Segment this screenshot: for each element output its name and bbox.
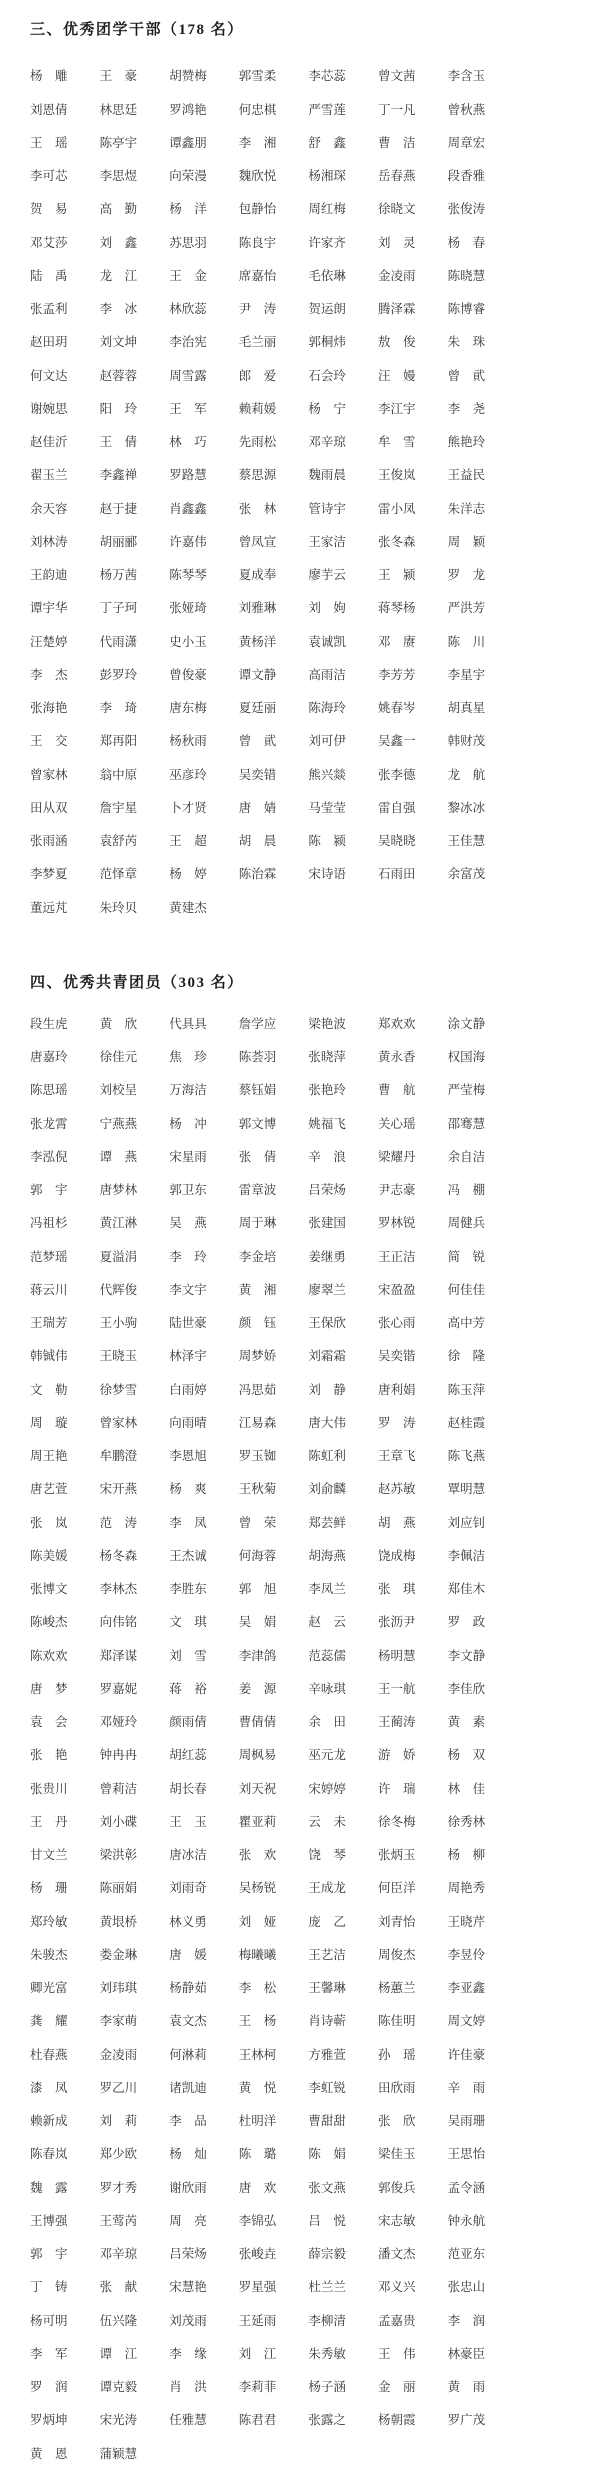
person-name: 黄江淋 [100, 1217, 170, 1230]
name-row: 卿光富刘玮琪杨静茹李 松王馨琳杨蕙兰李亚鑫 [30, 1972, 572, 2005]
person-name: 陈晓慧 [448, 270, 518, 283]
person-name: 刘 姁 [308, 602, 378, 615]
person-name: 郑泽谋 [100, 1650, 170, 1663]
person-name: 翟玉兰 [30, 469, 100, 482]
name-row: 张雨涵袁舒芮王 超胡 晨陈 颍吴晓晓王佳慧 [30, 825, 572, 858]
name-row: 张 岚范 涛李 凤曾 荣郑芸鲜胡 燕刘应钊 [30, 1506, 572, 1539]
person-name: 郭俊兵 [378, 2182, 448, 2195]
name-row: 张海艳李 琦唐东梅夏廷丽陈海玲姚春岑胡真星 [30, 692, 572, 725]
person-name: 牟鹏澄 [100, 1450, 170, 1463]
person-name: 毛依琳 [308, 270, 378, 283]
person-name: 张 献 [100, 2281, 170, 2294]
person-name: 杨秋雨 [169, 735, 239, 748]
person-name: 梅曦曦 [239, 1949, 309, 1962]
person-name: 韩财茂 [448, 735, 518, 748]
person-name: 丁 铸 [30, 2281, 100, 2294]
person-name: 李思煜 [100, 170, 170, 183]
person-name: 唐 媛 [169, 1949, 239, 1962]
person-name: 许嘉伟 [169, 536, 239, 549]
person-name: 杨 春 [448, 237, 518, 250]
person-name: 何海蓉 [239, 1550, 309, 1563]
person-name: 徐秀林 [448, 1816, 518, 1829]
person-name: 白雨婷 [169, 1384, 239, 1397]
person-name: 罗乙川 [100, 2082, 170, 2095]
person-name: 吴杨锐 [239, 1882, 309, 1895]
name-row: 甘文兰梁洪彰唐冰洁张 欢饶 琴张炳玉杨 柳 [30, 1839, 572, 1872]
person-name: 巫元龙 [308, 1749, 378, 1762]
person-name: 胡丽郦 [100, 536, 170, 549]
person-name: 林豪臣 [448, 2348, 518, 2361]
person-name: 范亚东 [448, 2248, 518, 2261]
person-name: 郭桐炜 [308, 336, 378, 349]
person-name: 段香雅 [448, 170, 518, 183]
person-name: 郎 爱 [239, 370, 309, 383]
person-name: 杜春燕 [30, 2049, 100, 2062]
person-name: 张孟利 [30, 303, 100, 316]
person-name: 周枫易 [239, 1749, 309, 1762]
person-name: 刘雨奇 [169, 1882, 239, 1895]
person-name: 邓义兴 [378, 2281, 448, 2294]
person-name: 周 亮 [169, 2215, 239, 2228]
person-name: 王 颍 [378, 569, 448, 582]
person-name: 张冬森 [378, 536, 448, 549]
person-name: 杨蕙兰 [378, 1982, 448, 1995]
person-name: 李 玲 [169, 1251, 239, 1264]
person-name: 李文宇 [169, 1284, 239, 1297]
person-name: 董远芃 [30, 902, 100, 915]
person-name: 尹志豪 [378, 1184, 448, 1197]
person-name: 冯 棚 [448, 1184, 518, 1197]
person-name: 先雨松 [239, 436, 309, 449]
person-name: 朱洋志 [448, 503, 518, 516]
person-name: 张博文 [30, 1583, 100, 1596]
person-name: 代具具 [169, 1018, 239, 1031]
person-name: 徐梦雪 [100, 1384, 170, 1397]
person-name: 宁燕燕 [100, 1118, 170, 1131]
name-row: 文 勒徐梦雪白雨婷冯思茹刘 静唐利娟陈玉萍 [30, 1373, 572, 1406]
person-name: 吕荣炀 [308, 1184, 378, 1197]
person-name: 游 娇 [378, 1749, 448, 1762]
name-row: 范梦瑶夏溢涓李 玲李金培姜继勇王正洁简 锐 [30, 1240, 572, 1273]
person-name: 宋开燕 [100, 1483, 170, 1496]
person-name: 黄杨洋 [239, 636, 309, 649]
person-name: 李凤兰 [308, 1583, 378, 1596]
person-name: 李佩洁 [448, 1550, 518, 1563]
person-name: 罗 润 [30, 2381, 100, 2394]
person-name: 瞿亚莉 [239, 1816, 309, 1829]
person-name: 覃明慧 [448, 1483, 518, 1496]
person-name: 吕 悦 [308, 2215, 378, 2228]
person-name: 曾 荣 [239, 1517, 309, 1530]
person-name: 李 军 [30, 2348, 100, 2361]
person-name: 周红梅 [308, 203, 378, 216]
person-name: 夏成奉 [239, 569, 309, 582]
person-name: 何佳佳 [448, 1284, 518, 1297]
person-name: 刘雅琳 [239, 602, 309, 615]
person-name: 罗广茂 [448, 2414, 518, 2427]
person-name: 李柳清 [308, 2315, 378, 2328]
name-row: 唐嘉玲徐佳元焦 珍陈荟羽张晓萍黄永香权国海 [30, 1041, 572, 1074]
person-name: 周 璇 [30, 1417, 100, 1430]
person-name: 罗星强 [239, 2281, 309, 2294]
person-name: 赖莉媛 [239, 403, 309, 416]
person-name: 贺 易 [30, 203, 100, 216]
person-name: 黎冰冰 [448, 802, 518, 815]
person-name: 杨 冲 [169, 1118, 239, 1131]
person-name: 李芳芳 [378, 669, 448, 682]
person-name: 吴雨珊 [448, 2115, 518, 2128]
person-name: 李文静 [448, 1650, 518, 1663]
name-row: 王 瑶陈亭宇谭鑫朋李 湘舒 鑫曹 洁周章宏 [30, 127, 572, 160]
person-name: 李昱伶 [448, 1949, 518, 1962]
person-name: 陈玉萍 [448, 1384, 518, 1397]
person-name: 魏雨晨 [308, 469, 378, 482]
person-name: 张建国 [308, 1217, 378, 1230]
person-name: 张贵川 [30, 1783, 100, 1796]
name-row: 张贵川曾莉洁胡长春刘天祝宋婷婷许 瑞林 佳 [30, 1772, 572, 1805]
person-name: 彭罗玲 [100, 669, 170, 682]
person-name: 张 岚 [30, 1517, 100, 1530]
person-name: 唐利娟 [378, 1384, 448, 1397]
person-name: 廖芋云 [308, 569, 378, 582]
person-name: 陆世豪 [169, 1317, 239, 1330]
person-name: 李金培 [239, 1251, 309, 1264]
person-name: 王俊岚 [378, 469, 448, 482]
person-name: 袁 会 [30, 1716, 100, 1729]
person-name: 孙 瑶 [378, 2049, 448, 2062]
person-name: 郑欢欢 [378, 1018, 448, 1031]
person-name: 吴奕错 [239, 769, 309, 782]
person-name: 关心瑶 [378, 1118, 448, 1131]
person-name: 杨 洋 [169, 203, 239, 216]
person-name: 朱玲贝 [100, 902, 170, 915]
person-name: 曾 貮 [448, 370, 518, 383]
person-name: 曹 洁 [378, 137, 448, 150]
person-name: 王小驹 [100, 1317, 170, 1330]
person-name: 钟冉冉 [100, 1749, 170, 1762]
name-row: 丁 铸张 献宋慧艳罗星强杜兰兰邓义兴张忠山 [30, 2271, 572, 2304]
person-name: 姚福飞 [308, 1118, 378, 1131]
person-name: 曹倩倩 [239, 1716, 309, 1729]
name-row: 郭 宇唐梦林郭卫东雷章波吕荣炀尹志豪冯 棚 [30, 1174, 572, 1207]
person-name: 陆 禹 [30, 270, 100, 283]
person-name: 贺运朗 [308, 303, 378, 316]
name-row: 贺 易高 勤杨 洋包静怡周红梅徐晓文张俊涛 [30, 193, 572, 226]
name-row: 王 交郑再阳杨秋雨曾 貮刘可伊吴鑫一韩财茂 [30, 725, 572, 758]
person-name: 熊兴燚 [308, 769, 378, 782]
name-row: 唐 梦罗嘉妮蒋 裕姜 源辛咏琪王一航李佳欣 [30, 1673, 572, 1706]
person-name: 饶成梅 [378, 1550, 448, 1563]
person-name: 宋盈盈 [378, 1284, 448, 1297]
name-row: 刘林涛胡丽郦许嘉伟曾凤宣王家洁张冬森周 颖 [30, 526, 572, 559]
person-name: 肖鑫鑫 [169, 503, 239, 516]
person-name: 曾凤宣 [239, 536, 309, 549]
person-name: 肖 洪 [169, 2381, 239, 2394]
person-name: 张 倩 [239, 1151, 309, 1164]
person-name: 郑佳木 [448, 1583, 518, 1596]
person-name: 杨 双 [448, 1749, 518, 1762]
person-name: 黄 雨 [448, 2381, 518, 2394]
person-name: 陈 璐 [239, 2148, 309, 2161]
person-name: 辛 浪 [308, 1151, 378, 1164]
person-name: 李恩旭 [169, 1450, 239, 1463]
person-name: 胡红蕊 [169, 1749, 239, 1762]
person-name: 王 伟 [378, 2348, 448, 2361]
person-name: 姚春岑 [378, 702, 448, 715]
person-name: 丁子珂 [100, 602, 170, 615]
person-name: 王林柯 [239, 2049, 309, 2062]
person-name: 伍兴隆 [100, 2315, 170, 2328]
person-name: 王正洁 [378, 1251, 448, 1264]
person-name: 文 琪 [169, 1616, 239, 1629]
person-name: 赵桂霞 [448, 1417, 518, 1430]
person-name: 赵 云 [308, 1616, 378, 1629]
name-row: 曾家林翁中原巫彦玲吴奕错熊兴燚张李德龙 航 [30, 758, 572, 791]
person-name: 张晓萍 [308, 1051, 378, 1064]
person-name: 黄 欣 [100, 1018, 170, 1031]
person-name: 梁耀丹 [378, 1151, 448, 1164]
person-name: 周 颖 [448, 536, 518, 549]
person-name: 陈治霖 [239, 868, 309, 881]
person-name: 陈 川 [448, 636, 518, 649]
person-name: 罗 涛 [378, 1417, 448, 1430]
person-name: 郑少欧 [100, 2148, 170, 2161]
person-name: 赵于捷 [100, 503, 170, 516]
person-name: 李 湘 [239, 137, 309, 150]
name-row: 郑玲敏黄垠桥林义勇刘 娅庞 乙刘青怡王晓芹 [30, 1905, 572, 1938]
person-name: 胡海燕 [308, 1550, 378, 1563]
person-name: 徐晓文 [378, 203, 448, 216]
person-name: 赖新成 [30, 2115, 100, 2128]
person-name: 李 冰 [100, 303, 170, 316]
person-name: 龚 耀 [30, 2015, 100, 2028]
person-name: 尹 涛 [239, 303, 309, 316]
person-name: 罗才秀 [100, 2182, 170, 2195]
person-name: 刘 静 [308, 1384, 378, 1397]
person-name: 唐艺萱 [30, 1483, 100, 1496]
person-name: 胡真星 [448, 702, 518, 715]
person-name: 诸凯迪 [169, 2082, 239, 2095]
name-row: 余天容赵于捷肖鑫鑫张 林管诗宇雷小凤朱洋志 [30, 492, 572, 525]
person-name: 唐冰洁 [169, 1849, 239, 1862]
person-name: 陈思瑶 [30, 1084, 100, 1097]
person-name: 李 杰 [30, 669, 100, 682]
person-name: 陈琴琴 [169, 569, 239, 582]
person-name: 曾俊豪 [169, 669, 239, 682]
person-name: 王延雨 [239, 2315, 309, 2328]
person-name: 梁佳玉 [378, 2148, 448, 2161]
person-name: 刘恩倩 [30, 104, 100, 117]
person-name: 宋慧艳 [169, 2281, 239, 2294]
person-name: 岳春燕 [378, 170, 448, 183]
person-name: 方雅萱 [308, 2049, 378, 2062]
person-name: 唐 欢 [239, 2182, 309, 2195]
person-name: 张艳玲 [308, 1084, 378, 1097]
person-name: 包静怡 [239, 203, 309, 216]
name-row: 陈春岚郑少欧杨 灿陈 璐陈 娟梁佳玉王思怡 [30, 2138, 572, 2171]
person-name: 杨 柳 [448, 1849, 518, 1862]
name-row: 罗 润谭克毅肖 洪李莉菲杨子涵金 丽黄 雨 [30, 2371, 572, 2404]
person-name: 杨冬森 [100, 1550, 170, 1563]
person-name: 杜兰兰 [308, 2281, 378, 2294]
person-name: 饶 琴 [308, 1849, 378, 1862]
person-name: 辛 雨 [448, 2082, 518, 2095]
person-name: 丁一凡 [378, 104, 448, 117]
person-name: 代辉俊 [100, 1284, 170, 1297]
name-row: 龚 耀李家萌袁文杰王 杨肖诗蕲陈佳明周文婷 [30, 2005, 572, 2038]
person-name: 范蕊儒 [308, 1650, 378, 1663]
person-name: 宋光涛 [100, 2414, 170, 2427]
person-name: 刘可伊 [308, 735, 378, 748]
name-row: 魏 露罗才秀谢欣雨唐 欢张文燕郭俊兵孟令涵 [30, 2171, 572, 2204]
person-name: 腾泽霖 [378, 303, 448, 316]
person-name: 何淋莉 [169, 2049, 239, 2062]
person-name: 席嘉怡 [239, 270, 309, 283]
person-name: 邓 赓 [378, 636, 448, 649]
person-name: 蔡思源 [239, 469, 309, 482]
person-name: 庞 乙 [308, 1916, 378, 1929]
person-name: 杨 爽 [169, 1483, 239, 1496]
person-name: 王晓玉 [100, 1350, 170, 1363]
person-name: 刘文坤 [100, 336, 170, 349]
person-name: 何文达 [30, 370, 100, 383]
person-name: 李 凤 [169, 1517, 239, 1530]
person-name: 向伟铭 [100, 1616, 170, 1629]
person-name: 赵佳沂 [30, 436, 100, 449]
person-name: 王保欣 [308, 1317, 378, 1330]
name-row: 王 丹刘小碟王 玉瞿亚莉云 未徐冬梅徐秀林 [30, 1806, 572, 1839]
person-name: 梁艳波 [308, 1018, 378, 1031]
person-name: 权国海 [448, 1051, 518, 1064]
name-row: 陈欢欢郑泽谋刘 雪李津鸽范蕊儒杨明慧李文静 [30, 1639, 572, 1672]
person-name: 王晓芹 [448, 1916, 518, 1929]
person-name: 蒋云川 [30, 1284, 100, 1297]
person-name: 吕荣炀 [169, 2248, 239, 2261]
name-row: 赵田玥刘文坤李治宪毛兰丽郭桐炜敖 俊朱 珠 [30, 326, 572, 359]
person-name: 曹甜甜 [308, 2115, 378, 2128]
person-name: 王艺洁 [308, 1949, 378, 1962]
person-name: 刘玮琪 [100, 1982, 170, 1995]
person-name: 蒋琴杨 [378, 602, 448, 615]
person-name: 张 琪 [378, 1583, 448, 1596]
person-name: 詹学应 [239, 1018, 309, 1031]
person-name: 范梦瑶 [30, 1251, 100, 1264]
person-name: 孟令涵 [448, 2182, 518, 2195]
person-name: 孟嘉贵 [378, 2315, 448, 2328]
name-row: 陈美媛杨冬森王杰诚何海蓉胡海燕饶成梅李佩洁 [30, 1540, 572, 1573]
person-name: 云 未 [308, 1816, 378, 1829]
person-name: 代雨潇 [100, 636, 170, 649]
person-name: 李亚鑫 [448, 1982, 518, 1995]
person-name: 肖诗蕲 [308, 2015, 378, 2028]
person-name: 李星宇 [448, 669, 518, 682]
person-name: 罗林锐 [378, 1217, 448, 1230]
person-name: 郑芸鲜 [308, 1517, 378, 1530]
person-name: 杨 灿 [169, 2148, 239, 2161]
person-name: 罗鸿艳 [169, 104, 239, 117]
person-name: 杨静茹 [169, 1982, 239, 1995]
person-name: 李治宪 [169, 336, 239, 349]
person-name: 张娅琦 [169, 602, 239, 615]
person-name: 金 丽 [378, 2381, 448, 2394]
name-row: 汪楚婷代雨潇史小玉黄杨洋袁诚凯邓 赓陈 川 [30, 625, 572, 658]
person-name: 郑再阳 [100, 735, 170, 748]
person-name: 黄永香 [378, 1051, 448, 1064]
person-name: 段生虎 [30, 1018, 100, 1031]
name-row: 张博文李林杰李胜东郭 旭李凤兰张 琪郑佳木 [30, 1573, 572, 1606]
person-name: 罗 龙 [448, 569, 518, 582]
person-name: 夏廷丽 [239, 702, 309, 715]
person-name: 胡 燕 [378, 1517, 448, 1530]
person-name: 陈春岚 [30, 2148, 100, 2161]
person-name: 卿光富 [30, 1982, 100, 1995]
person-name: 刘 莉 [100, 2115, 170, 2128]
person-name: 林 巧 [169, 436, 239, 449]
person-name: 李芯蕊 [308, 70, 378, 83]
person-name: 梁洪彰 [100, 1849, 170, 1862]
person-name: 田从双 [30, 802, 100, 815]
person-name: 许 瑞 [378, 1783, 448, 1796]
person-name: 周俊杰 [378, 1949, 448, 1962]
person-name: 谢欣雨 [169, 2182, 239, 2195]
person-name: 许家齐 [308, 237, 378, 250]
person-name: 焦 珍 [169, 1051, 239, 1064]
person-name: 邓娅玲 [100, 1716, 170, 1729]
person-name: 张龙霄 [30, 1118, 100, 1131]
person-name: 杨可明 [30, 2315, 100, 2328]
person-name: 刘小碟 [100, 1816, 170, 1829]
person-name: 吴 燕 [169, 1217, 239, 1230]
name-row: 张孟利李 冰林欣蕊尹 涛贺运朗腾泽霖陈博睿 [30, 293, 572, 326]
person-name: 曾 貮 [239, 735, 309, 748]
section-excellent-youth-league-members: 四、优秀共青团员（303 名） 段生虎黄 欣代具具詹学应梁艳波郑欢欢涂文静唐嘉玲… [30, 973, 572, 2471]
person-name: 夏溢涓 [100, 1251, 170, 1264]
person-name: 翁中原 [100, 769, 170, 782]
person-name: 蔡钰娟 [239, 1084, 309, 1097]
person-name: 周梦娇 [239, 1350, 309, 1363]
person-name: 龙 江 [100, 270, 170, 283]
person-name: 刘俞麟 [308, 1483, 378, 1496]
name-list: 杨 雕王 豪胡赞梅郭雪柔李芯蕊曾文茜李含玉刘恩倩林思廷罗鸿艳何忠棋严雪莲丁一凡曾… [30, 60, 572, 925]
person-name: 刘校呈 [100, 1084, 170, 1097]
name-row: 漆 凤罗乙川诸凯迪黄 悦李虹锐田欣雨辛 雨 [30, 2072, 572, 2105]
person-name: 李 琦 [100, 702, 170, 715]
name-row: 李可芯李思煜向荣漫魏欣悦杨湘琛岳春燕段香雅 [30, 160, 572, 193]
person-name: 金凌雨 [100, 2049, 170, 2062]
person-name: 许佳豪 [448, 2049, 518, 2062]
name-row: 田从双詹宇星卜才贤唐 婧马莹莹雷自强黎冰冰 [30, 792, 572, 825]
person-name: 刘天祝 [239, 1783, 309, 1796]
person-name: 赵苏敏 [378, 1483, 448, 1496]
person-name: 陈佳明 [378, 2015, 448, 2028]
person-name: 罗路慧 [169, 469, 239, 482]
person-name: 曾家林 [30, 769, 100, 782]
person-name: 郭雪柔 [239, 70, 309, 83]
name-row: 杨 雕王 豪胡赞梅郭雪柔李芯蕊曾文茜李含玉 [30, 60, 572, 93]
person-name: 王馨琳 [308, 1982, 378, 1995]
person-name: 严洪芳 [448, 602, 518, 615]
person-name: 颜 钰 [239, 1317, 309, 1330]
person-name: 王 玉 [169, 1816, 239, 1829]
name-row: 蒋云川代辉俊李文宇黄 湘廖翠兰宋盈盈何佳佳 [30, 1274, 572, 1307]
person-name: 王 豪 [100, 70, 170, 83]
person-name: 郭 旭 [239, 1583, 309, 1596]
person-name: 林泽宇 [169, 1350, 239, 1363]
person-name: 辛咏琪 [308, 1683, 378, 1696]
person-name: 阳 玲 [100, 403, 170, 416]
person-name: 罗玉铷 [239, 1450, 309, 1463]
person-name: 胡长春 [169, 1783, 239, 1796]
